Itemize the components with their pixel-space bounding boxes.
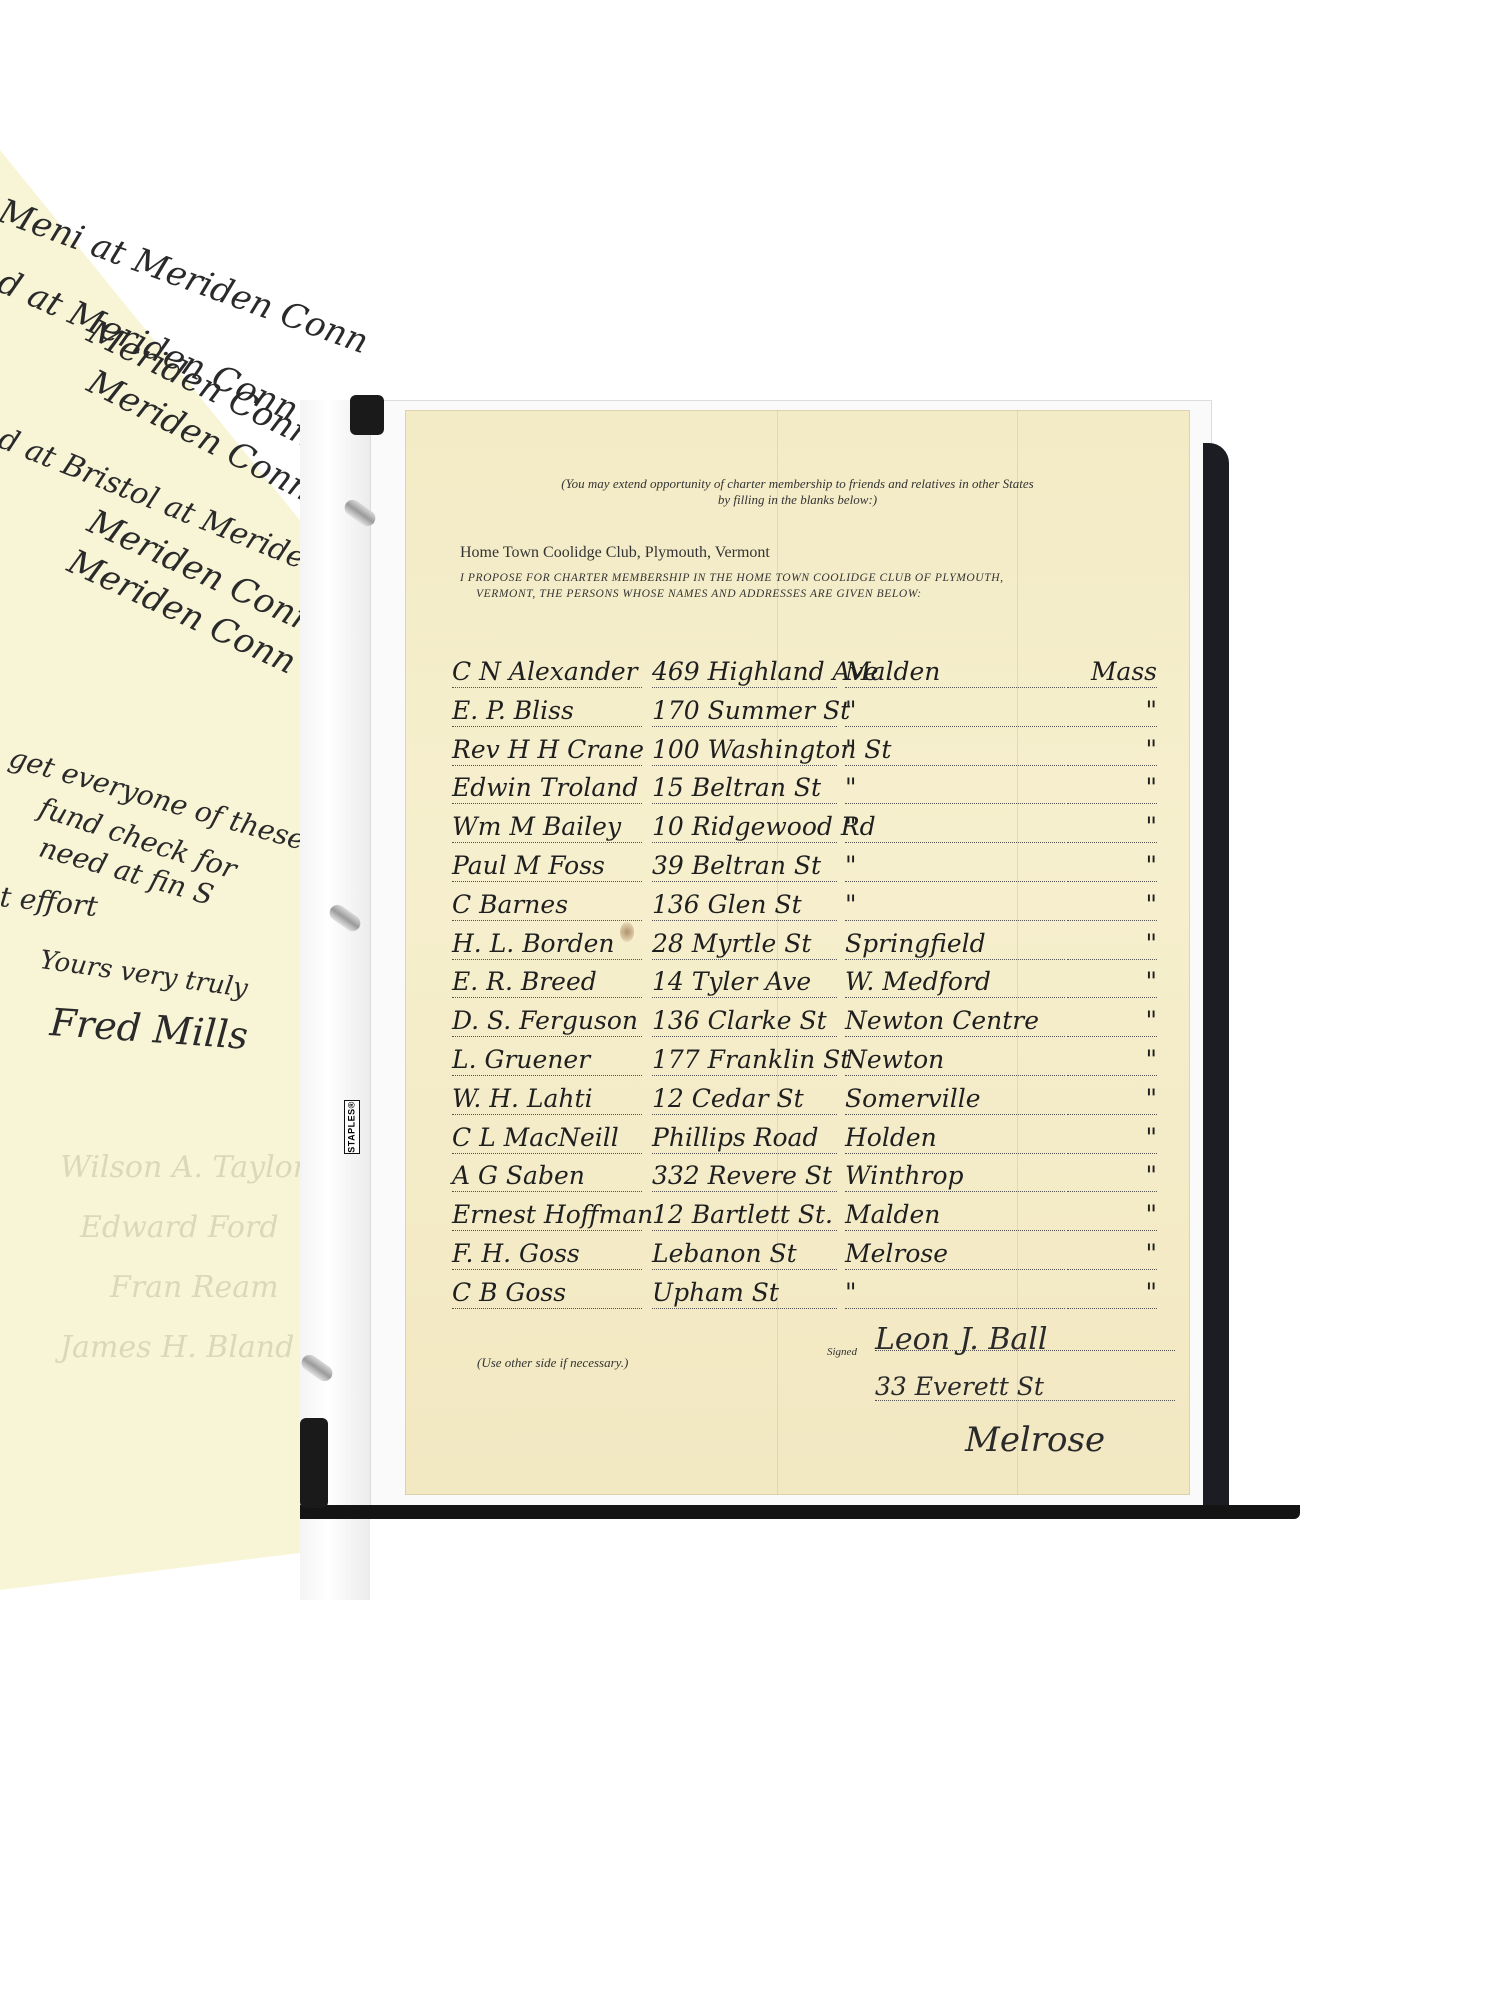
entry-name: Ernest Hoffman <box>452 1200 642 1231</box>
paper-stain <box>620 922 634 942</box>
bleed-through-text: Edward Ford <box>80 1210 279 1245</box>
entry-name: L. Gruener <box>452 1045 642 1076</box>
entry-state: " <box>1067 1006 1157 1037</box>
entry-name: Paul M Foss <box>452 851 642 882</box>
signed-label: Signed <box>827 1346 857 1358</box>
entry-city: Malden <box>845 1200 1065 1231</box>
binder-cover-edge <box>1203 443 1229 1518</box>
table-row: D. S. Ferguson136 Clarke StNewton Centre… <box>452 1007 1172 1041</box>
table-row: C B GossUpham St"" <box>452 1279 1172 1313</box>
entry-street: 12 Cedar St <box>652 1084 837 1115</box>
entry-city: Somerville <box>845 1084 1065 1115</box>
entry-name: F. H. Goss <box>452 1239 642 1270</box>
entry-city: Winthrop <box>845 1161 1065 1192</box>
bleed-through-text: Wilson A. Taylor <box>60 1150 307 1185</box>
entry-street: 12 Bartlett St. <box>652 1200 837 1231</box>
entry-state: " <box>1067 812 1157 843</box>
entry-city: Springfield <box>845 929 1065 960</box>
signer-street-field: 33 Everett St <box>875 1372 1175 1401</box>
entry-name: E. R. Breed <box>452 967 642 998</box>
bleed-through-text: Fran Ream <box>110 1270 279 1305</box>
entry-street: 177 Franklin St <box>652 1045 837 1076</box>
entry-name: C L MacNeill <box>452 1123 642 1154</box>
table-row: F. H. GossLebanon StMelrose" <box>452 1240 1172 1274</box>
table-row: E. R. Breed14 Tyler AveW. Medford" <box>452 968 1172 1002</box>
entry-street: 136 Glen St <box>652 890 837 921</box>
entry-street: 14 Tyler Ave <box>652 967 837 998</box>
entry-city: " <box>845 890 1065 921</box>
entry-name: C B Goss <box>452 1278 642 1309</box>
proposal-statement: I PROPOSE FOR CHARTER MEMBERSHIP IN THE … <box>460 570 1160 602</box>
entry-street: 170 Summer St <box>652 696 837 727</box>
entry-name: A G Saben <box>452 1161 642 1192</box>
entry-street: Phillips Road <box>652 1123 837 1154</box>
entry-name: C N Alexander <box>452 657 642 688</box>
entry-state: " <box>1067 735 1157 766</box>
entry-state: " <box>1067 773 1157 804</box>
entry-name: D. S. Ferguson <box>452 1006 642 1037</box>
binder-cover-bottom-edge <box>300 1505 1300 1519</box>
entry-state: " <box>1067 1239 1157 1270</box>
entry-state: " <box>1067 1045 1157 1076</box>
entry-city: " <box>845 812 1065 843</box>
ring-slot <box>300 1418 328 1508</box>
entry-street: 332 Revere St <box>652 1161 837 1192</box>
table-row: Rev H H Crane100 Washington St"" <box>452 736 1172 770</box>
bleed-through-text: James H. Bland <box>60 1330 294 1365</box>
table-row: A G Saben332 Revere StWinthrop" <box>452 1162 1172 1196</box>
entry-street: 39 Beltran St <box>652 851 837 882</box>
entry-city: Newton <box>845 1045 1065 1076</box>
club-title: Home Town Coolidge Club, Plymouth, Vermo… <box>460 544 770 562</box>
table-row: C L MacNeillPhillips RoadHolden" <box>452 1124 1172 1158</box>
table-row: Paul M Foss39 Beltran St"" <box>452 852 1172 886</box>
table-row: C Barnes136 Glen St"" <box>452 891 1172 925</box>
entry-city: Newton Centre <box>845 1006 1065 1037</box>
entry-street: 28 Myrtle St <box>652 929 837 960</box>
table-row: W. H. Lahti12 Cedar StSomerville" <box>452 1085 1172 1119</box>
entry-state: " <box>1067 967 1157 998</box>
signature-field: Leon J. Ball <box>875 1322 1175 1351</box>
entry-state: " <box>1067 1200 1157 1231</box>
entry-street: 136 Clarke St <box>652 1006 837 1037</box>
entry-city: " <box>845 696 1065 727</box>
table-row: L. Gruener177 Franklin StNewton" <box>452 1046 1172 1080</box>
table-row: C N Alexander469 Highland AveMaldenMass <box>452 658 1172 692</box>
entry-street: Lebanon St <box>652 1239 837 1270</box>
entry-name: Wm M Bailey <box>452 812 642 843</box>
signer-city: Melrose <box>965 1420 1105 1448</box>
entry-state: " <box>1067 851 1157 882</box>
entry-name: E. P. Bliss <box>452 696 642 727</box>
entry-name: H. L. Borden <box>452 929 642 960</box>
form-intro: (You may extend opportunity of charter m… <box>405 476 1190 508</box>
entry-state: Mass <box>1067 657 1157 688</box>
table-row: Wm M Bailey10 Ridgewood Rd"" <box>452 813 1172 847</box>
entry-city: " <box>845 851 1065 882</box>
entry-city: W. Medford <box>845 967 1065 998</box>
entry-city: Holden <box>845 1123 1065 1154</box>
entry-state: " <box>1067 1123 1157 1154</box>
entry-street: 469 Highland Ave <box>652 657 837 688</box>
entry-state: " <box>1067 890 1157 921</box>
entry-name: Rev H H Crane <box>452 735 642 766</box>
entry-name: C Barnes <box>452 890 642 921</box>
entry-city: " <box>845 735 1065 766</box>
entry-city: " <box>845 773 1065 804</box>
entry-state: " <box>1067 1084 1157 1115</box>
table-row: E. P. Bliss170 Summer St"" <box>452 697 1172 731</box>
entry-city: " <box>845 1278 1065 1309</box>
entry-street: 15 Beltran St <box>652 773 837 804</box>
entry-street: 100 Washington St <box>652 735 837 766</box>
footer-note: (Use other side if necessary.) <box>477 1355 628 1371</box>
table-row: Ernest Hoffman12 Bartlett St.Malden" <box>452 1201 1172 1235</box>
entry-name: Edwin Troland <box>452 773 642 804</box>
table-row: Edwin Troland15 Beltran St"" <box>452 774 1172 808</box>
table-row: H. L. Borden28 Myrtle StSpringfield" <box>452 930 1172 964</box>
staples-brand-label: STAPLES® <box>344 1100 360 1154</box>
entry-city: Melrose <box>845 1239 1065 1270</box>
entry-street: Upham St <box>652 1278 837 1309</box>
entry-state: " <box>1067 1278 1157 1309</box>
entry-street: 10 Ridgewood Rd <box>652 812 837 843</box>
entry-city: Malden <box>845 657 1065 688</box>
entry-state: " <box>1067 929 1157 960</box>
entry-state: " <box>1067 1161 1157 1192</box>
entry-name: W. H. Lahti <box>452 1084 642 1115</box>
ring-slot <box>350 395 384 435</box>
entry-state: " <box>1067 696 1157 727</box>
charter-membership-form: (You may extend opportunity of charter m… <box>405 410 1190 1495</box>
